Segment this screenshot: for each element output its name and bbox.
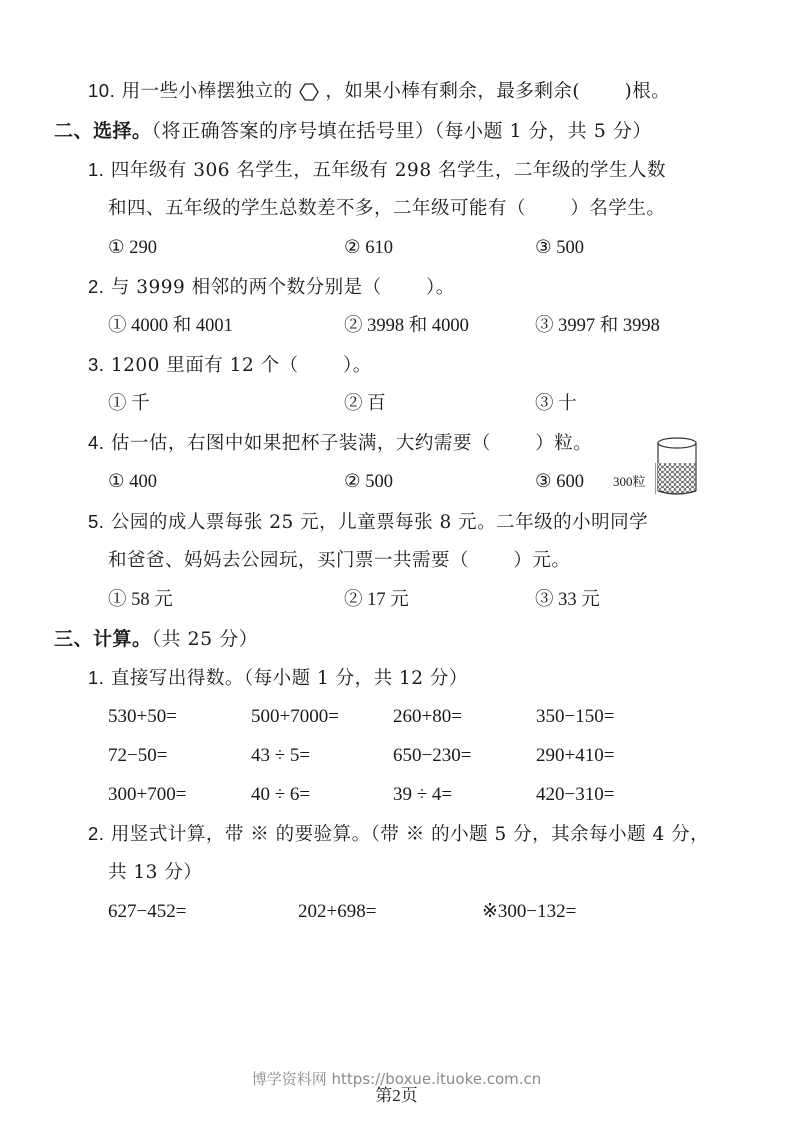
question-text: 用竖式计算，带 ※ 的要验算。（带 ※ 的小题 5 分，其余每小题 4 分，	[111, 824, 709, 845]
page-number: 第2页	[0, 1081, 793, 1106]
question-number: 4.	[88, 432, 104, 453]
option-2[interactable]: ② 3998 和 4000	[344, 313, 469, 339]
calc-item[interactable]: 72−50=	[108, 743, 167, 769]
choice-question-1-cont: 和四、五年级的学生总数差不多，二年级可能有（ ）名学生。	[108, 196, 665, 222]
question-number: 1.	[88, 159, 104, 180]
question-text: 估一估，右图中如果把杯子装满，大约需要（ ）粒。	[111, 433, 592, 454]
option-3[interactable]: ③ 3997 和 3998	[535, 313, 660, 339]
choice-question-3: 3. 1200 里面有 12 个（ ）。	[88, 352, 372, 379]
question-text: 1200 里面有 12 个（ ）。	[111, 355, 372, 376]
question-number: 2.	[88, 276, 104, 297]
calc-part-2-cont: 共 13 分）	[108, 860, 202, 886]
question-text: 公园的成人票每张 25 元，儿童票每张 8 元。二年级的小明同学	[111, 512, 648, 533]
option-3[interactable]: ③ 十	[535, 391, 577, 417]
option-3[interactable]: ③ 500	[535, 235, 584, 261]
choice-question-2: 2. 与 3999 相邻的两个数分别是（ ）。	[88, 274, 455, 301]
question-number: 2.	[88, 823, 104, 844]
question-number: 3.	[88, 354, 104, 375]
option-2[interactable]: ② 百	[344, 391, 386, 417]
section-note: （共 25 分）	[152, 628, 259, 650]
cup-with-beads-icon	[655, 437, 699, 499]
calc-item[interactable]: 260+80=	[393, 704, 462, 730]
calc-item[interactable]: 530+50=	[108, 704, 177, 730]
option-1[interactable]: ① 58 元	[108, 587, 173, 613]
question-text: 直接写出得数。（每小题 1 分，共 12 分）	[111, 668, 468, 689]
question-text: 与 3999 相邻的两个数分别是（ ）。	[111, 277, 455, 298]
question-text: 和爸爸、妈妈去公园玩，买门票一共需要（ ）元。	[108, 550, 570, 571]
option-1[interactable]: ① 290	[108, 235, 157, 261]
option-2[interactable]: ② 500	[344, 469, 393, 495]
section-3-heading: 三、计算。（共 25 分）	[54, 626, 258, 652]
question-text: 共 13 分）	[108, 862, 202, 883]
choice-question-4: 4. 估一估，右图中如果把杯子装满，大约需要（ ）粒。	[88, 430, 592, 457]
choice-question-1: 1. 四年级有 306 名学生，五年级有 298 名学生，二年级的学生人数	[88, 157, 666, 184]
calc-item[interactable]: 650−230=	[393, 743, 471, 769]
question-number: 5.	[88, 511, 104, 532]
question-text: 用一些小棒摆独立的	[122, 81, 293, 102]
calc-item[interactable]: 350−150=	[536, 704, 614, 730]
vertical-calc-problem[interactable]: 202+698=	[298, 899, 376, 925]
option-1[interactable]: ① 400	[108, 469, 157, 495]
section-title: 三、计算。	[54, 628, 152, 650]
question-10: 10. 用一些小棒摆独立的 ，如果小棒有剩余，最多剩余( )根。	[88, 78, 670, 105]
calc-part-1: 1. 直接写出得数。（每小题 1 分，共 12 分）	[88, 665, 468, 692]
question-text-tail: ，如果小棒有剩余，最多剩余( )根。	[325, 81, 670, 102]
calc-item[interactable]: 290+410=	[536, 743, 614, 769]
section-2-heading: 二、选择。（将正确答案的序号填在括号里）（每小题 1 分，共 5 分）	[54, 118, 652, 144]
choice-question-5-cont: 和爸爸、妈妈去公园玩，买门票一共需要（ ）元。	[108, 548, 570, 574]
section-title: 二、选择。	[54, 120, 152, 142]
question-text: 四年级有 306 名学生，五年级有 298 名学生，二年级的学生人数	[111, 160, 666, 181]
option-2[interactable]: ② 610	[344, 235, 393, 261]
calc-item[interactable]: 420−310=	[536, 782, 614, 808]
calc-part-2: 2. 用竖式计算，带 ※ 的要验算。（带 ※ 的小题 5 分，其余每小题 4 分…	[88, 821, 709, 848]
option-3[interactable]: ③ 33 元	[535, 587, 600, 613]
option-1[interactable]: ① 千	[108, 391, 150, 417]
option-3[interactable]: ③ 600	[535, 469, 584, 495]
section-note: （将正确答案的序号填在括号里）（每小题 1 分，共 5 分）	[152, 120, 652, 142]
option-2[interactable]: ② 17 元	[344, 587, 409, 613]
cup-label: 300粒	[613, 471, 646, 490]
option-1[interactable]: ① 4000 和 4001	[108, 313, 233, 339]
calc-item[interactable]: 300+700=	[108, 782, 186, 808]
calc-item[interactable]: 43 ÷ 5=	[251, 743, 310, 769]
vertical-calc-problem[interactable]: 627−452=	[108, 899, 186, 925]
calc-item[interactable]: 40 ÷ 6=	[251, 782, 310, 808]
question-number: 1.	[88, 667, 104, 688]
calc-item[interactable]: 500+7000=	[251, 704, 339, 730]
question-number: 10.	[88, 80, 115, 101]
hexagon-icon	[299, 82, 319, 102]
question-text: 和四、五年级的学生总数差不多，二年级可能有（ ）名学生。	[108, 198, 665, 219]
choice-question-5: 5. 公园的成人票每张 25 元，儿童票每张 8 元。二年级的小明同学	[88, 509, 648, 536]
vertical-calc-problem[interactable]: ※300−132=	[482, 899, 576, 925]
calc-item[interactable]: 39 ÷ 4=	[393, 782, 452, 808]
